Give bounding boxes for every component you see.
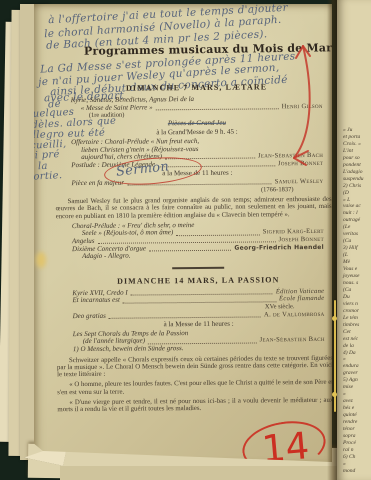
program-paragraph: Samuel Wesley fut le plus grand organist… [56, 196, 332, 220]
red-arrow-annotation [286, 36, 320, 172]
composer-name: École flamande [279, 295, 324, 303]
binding-thread-knot [332, 316, 337, 321]
dotted-leader [149, 249, 231, 251]
dotted-leader [176, 234, 260, 236]
composer-name: Georg-Friedrich Haendel [234, 244, 324, 252]
piece-title: Pièces de Grand Jeu [168, 120, 226, 128]
scanned-document-scene: à l'offertoire j'ai eu tout le temps d'a… [0, 0, 371, 480]
program-row: 1) O Mensch, bewein dein Sünde gross. [73, 344, 325, 354]
piece-title: à la Grand'Messe de 9 h. 45 : [156, 129, 237, 137]
piece-title: Adagio - Allegro. [72, 253, 130, 261]
piece-title: 1) O Mensch, bewein dein Sünde gross. [73, 345, 184, 354]
underlying-page-edge [60, 466, 371, 480]
piece-title: Deo gratias [73, 312, 106, 320]
program-row: Adagio - Allegro. [72, 251, 324, 261]
program-row: Deo gratiasA. de Vallombrosa [73, 311, 325, 321]
piece-title: Et incarnatus est [72, 297, 120, 305]
piece-title: (1766-1837) [261, 186, 294, 194]
program-paragraph: « D'une vierge pure et tendre, il est né… [57, 397, 333, 414]
section-divider [172, 267, 224, 269]
piece-title: à la Messe de 11 heures : [164, 320, 234, 328]
program-page: à l'offertoire j'ai eu tout le temps d'a… [34, 4, 332, 462]
binding-thread-knot [332, 392, 337, 397]
composer-name: A. de Vallombrosa [264, 311, 325, 319]
program-paragraph: « O homme, pleure tes lourdes fautes. C'… [57, 379, 333, 396]
adjacent-page-sliver: « Ju et porta Croix. » L'int pour so pon… [337, 0, 371, 480]
paper-stain [36, 252, 46, 268]
composer-name: Samuel Wesley [275, 178, 324, 186]
program-paragraph: Schweitzer appelle « Chorals expressifs … [57, 354, 333, 378]
adjacent-page-text-fragments: « Ju et porta Croix. » L'int pour so pon… [343, 127, 363, 475]
section-heading-laetare: DIMANCHE 7 MARS, LÆTARE [71, 82, 323, 93]
section-heading-passion: DIMANCHE 14 MARS, LA PASSION [72, 275, 324, 286]
dotted-leader [109, 316, 261, 318]
section-passion: Kyrie XVII, Credo IÉdition VaticaneEt in… [72, 288, 325, 414]
composer-name: Jean-Sébastien Bach [260, 336, 325, 344]
program-row: à la Messe de 11 heures : [73, 320, 325, 330]
